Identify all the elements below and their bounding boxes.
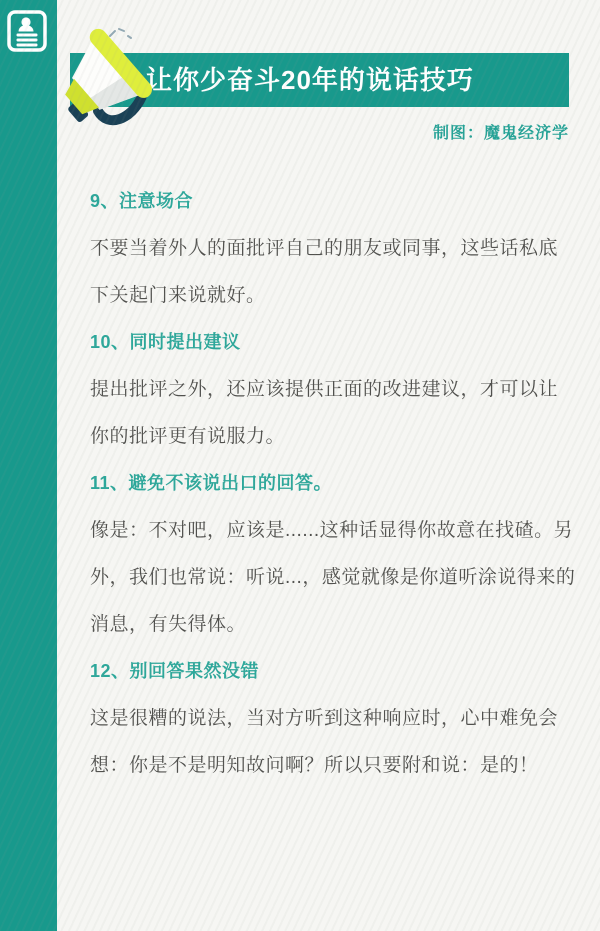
tip-section-10: 10、同时提出建议 提出批评之外，还应该提供正面的改进建议，才可以让 你的批评更… <box>90 319 570 460</box>
id-card-icon <box>7 10 47 52</box>
tips-list: 9、注意场合 不要当着外人的面批评自己的朋友或同事，这些话私底 下关起门来说就好… <box>90 178 570 789</box>
tip-section-11: 11、避免不该说出口的回答。 像是：不对吧，应该是......这种话显得你故意在… <box>90 460 570 648</box>
tip-text-line: 这是很糟的说法，当对方听到这种响应时，心中难免会 <box>90 695 570 742</box>
tip-heading: 12、别回答果然没错 <box>90 648 570 695</box>
infographic-page: 让你少奋斗20年的说话技巧 制图：魔鬼经济学 9、注意场合 不要当着外人的面批评… <box>0 0 600 931</box>
tip-text-line: 想：你是不是明知故问啊？所以只要附和说：是的！ <box>90 742 570 789</box>
tip-text-line: 不要当着外人的面批评自己的朋友或同事，这些话私底 <box>90 225 570 272</box>
tip-text-line: 你的批评更有说服力。 <box>90 413 570 460</box>
tip-text-line: 下关起门来说就好。 <box>90 272 570 319</box>
megaphone-icon <box>46 12 168 132</box>
tip-text-line: 消息，有失得体。 <box>90 601 570 648</box>
tip-text-line: 像是：不对吧，应该是......这种话显得你故意在找碴。另 <box>90 507 570 554</box>
sound-waves-icon <box>110 29 131 38</box>
tip-section-12: 12、别回答果然没错 这是很糟的说法，当对方听到这种响应时，心中难免会 想：你是… <box>90 648 570 789</box>
tip-heading: 11、避免不该说出口的回答。 <box>90 460 570 507</box>
tip-text-line: 提出批评之外，还应该提供正面的改进建议，才可以让 <box>90 366 570 413</box>
tip-heading: 9、注意场合 <box>90 178 570 225</box>
tip-section-9: 9、注意场合 不要当着外人的面批评自己的朋友或同事，这些话私底 下关起门来说就好… <box>90 178 570 319</box>
left-teal-strip <box>0 0 57 931</box>
tip-heading: 10、同时提出建议 <box>90 319 570 366</box>
tip-text-line: 外，我们也常说：听说...，感觉就像是你道听涂说得来的 <box>90 554 570 601</box>
credit-line: 制图：魔鬼经济学 <box>70 120 569 143</box>
